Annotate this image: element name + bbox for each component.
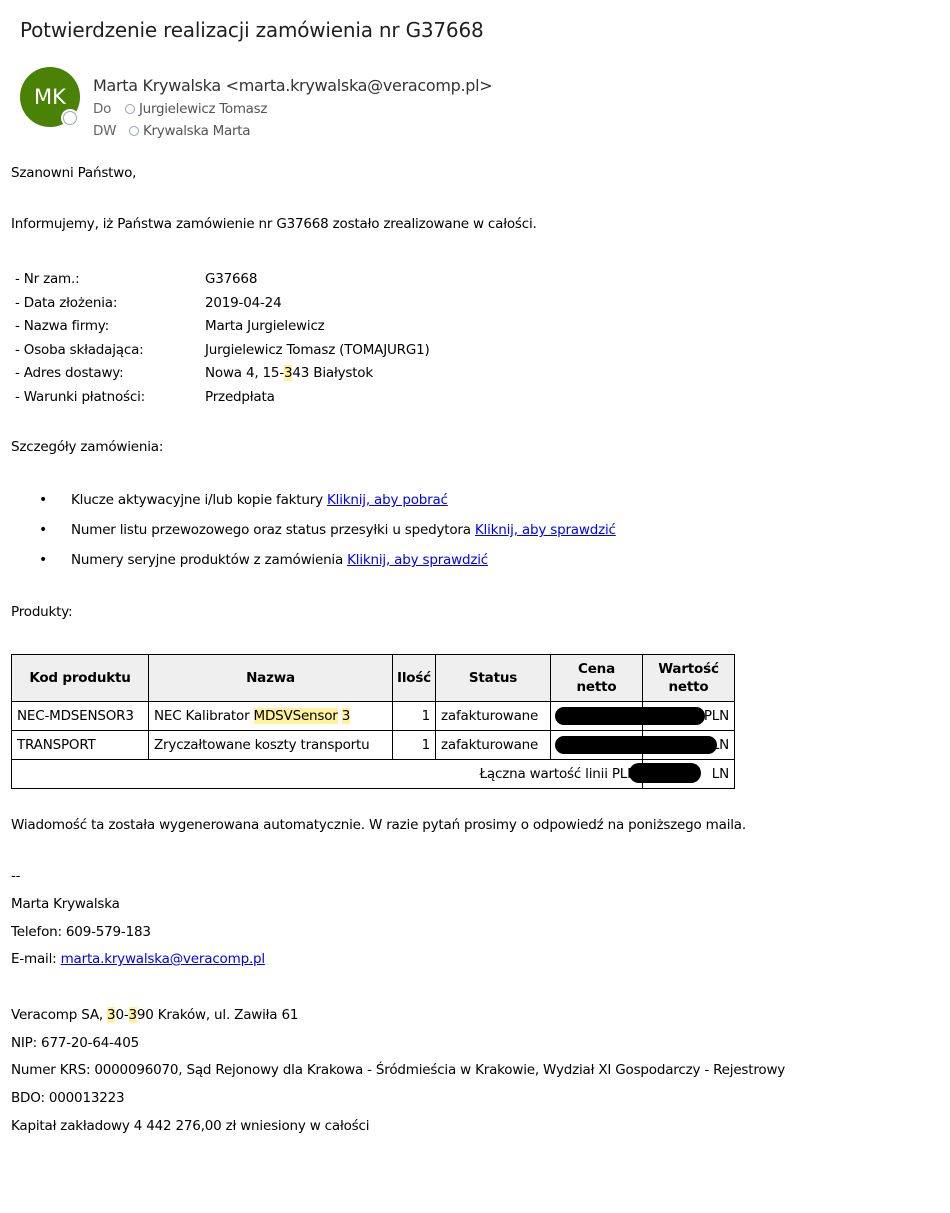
company-krs: Numer KRS: 0000096070, Sąd Rejonowy dla … (11, 1062, 785, 1078)
column-header-qty: Ilość (393, 655, 436, 702)
download-invoice-link[interactable]: Kliknij, aby pobrać (327, 492, 448, 508)
table-row: TRANSPORT Zryczałtowane koszty transport… (12, 731, 735, 760)
search-highlight: MDSVSensor (254, 708, 338, 724)
cell-name: NEC Kalibrator MDSVSensor 3 (149, 702, 393, 731)
order-info-row: - Nr zam.:G37668 (15, 271, 257, 287)
search-highlight: 3 (129, 1007, 137, 1023)
search-highlight: 3 (342, 708, 350, 724)
intro-text: Informujemy, iż Państwa zamówienie nr G3… (11, 216, 537, 232)
total-value: LN (643, 760, 735, 789)
order-info-row: - Data złożenia:2019-04-24 (15, 295, 281, 311)
presence-circle-icon (129, 126, 139, 136)
cell-qty: 1 (393, 702, 436, 731)
cell-qty: 1 (393, 731, 436, 760)
cell-status: zafakturowane (436, 702, 551, 731)
signature-separator: -- (11, 868, 20, 884)
company-capital: Kapitał zakładowy 4 442 276,00 zł wniesi… (11, 1118, 369, 1134)
presence-circle-icon (125, 104, 135, 114)
order-info-row: - Osoba składająca:Jurgielewicz Tomasz (… (15, 342, 430, 358)
bullet-icon: • (39, 522, 71, 538)
details-list-item: •Numery seryjne produktów z zamówienia K… (39, 552, 488, 568)
to-label: Do (93, 101, 125, 117)
check-shipment-link[interactable]: Kliknij, aby sprawdzić (475, 522, 616, 538)
products-heading: Produkty: (11, 604, 72, 620)
cell-code: TRANSPORT (12, 731, 149, 760)
company-nip: NIP: 677-20-64-405 (11, 1035, 139, 1051)
column-header-status: Status (436, 655, 551, 702)
cc-label: DW (93, 123, 129, 139)
signature-email-link[interactable]: marta.krywalska@veracomp.pl (61, 951, 265, 967)
table-header-row: Kod produktu Nazwa Ilość Status Cenanett… (12, 655, 735, 702)
column-header-value: Wartośćnetto (643, 655, 735, 702)
details-list-item: •Numer listu przewozowego oraz status pr… (39, 522, 616, 538)
details-list-item: •Klucze aktywacyjne i/lub kopie faktury … (39, 492, 448, 508)
email-subject: Potwierdzenie realizacji zamówienia nr G… (20, 18, 484, 42)
to-recipient[interactable]: Jurgielewicz Tomasz (139, 101, 267, 117)
sender-display[interactable]: Marta Krywalska <marta.krywalska@veracom… (93, 76, 492, 95)
cell-name: Zryczałtowane koszty transportu (149, 731, 393, 760)
order-info-row: - Nazwa firmy:Marta Jurgielewicz (15, 318, 325, 334)
details-heading: Szczegóły zamówienia: (11, 439, 163, 455)
presence-status-icon (63, 111, 77, 125)
bullet-icon: • (39, 552, 71, 568)
order-info-row: - Warunki płatności:Przedpłata (15, 389, 275, 405)
cell-status: zafakturowane (436, 731, 551, 760)
redaction-mark (629, 763, 701, 783)
cell-code: NEC-MDSENSOR3 (12, 702, 149, 731)
signature-email-row: E-mail: marta.krywalska@veracomp.pl (11, 951, 265, 967)
signature-name: Marta Krywalska (11, 896, 120, 912)
table-total-row: Łączna wartość linii PLN LN (12, 760, 735, 789)
check-serials-link[interactable]: Kliknij, aby sprawdzić (347, 552, 488, 568)
column-header-price: Cenanetto (551, 655, 643, 702)
company-address: Veracomp SA, 30-390 Kraków, ul. Zawiła 6… (11, 1007, 298, 1023)
cell-price (551, 702, 643, 731)
to-recipient-row: Do Jurgielewicz Tomasz (93, 101, 267, 117)
cell-value: LN (643, 731, 735, 760)
order-info-row: - Adres dostawy:Nowa 4, 15-343 Białystok (15, 365, 373, 381)
signature-phone: Telefon: 609-579-183 (11, 924, 151, 940)
greeting: Szanowni Państwo, (11, 165, 136, 181)
cell-value: PLN (643, 702, 735, 731)
products-table: Kod produktu Nazwa Ilość Status Cenanett… (11, 654, 735, 789)
cc-recipient[interactable]: Krywalska Marta (143, 123, 250, 139)
auto-note: Wiadomość ta została wygenerowana automa… (11, 817, 746, 833)
avatar-initials: MK (34, 85, 66, 109)
total-label: Łączna wartość linii PLN (12, 760, 643, 789)
column-header-name: Nazwa (149, 655, 393, 702)
cc-recipient-row: DW Krywalska Marta (93, 123, 250, 139)
company-bdo: BDO: 000013223 (11, 1090, 124, 1106)
column-header-code: Kod produktu (12, 655, 149, 702)
cell-price (551, 731, 643, 760)
table-row: NEC-MDSENSOR3 NEC Kalibrator MDSVSensor … (12, 702, 735, 731)
bullet-icon: • (39, 492, 71, 508)
